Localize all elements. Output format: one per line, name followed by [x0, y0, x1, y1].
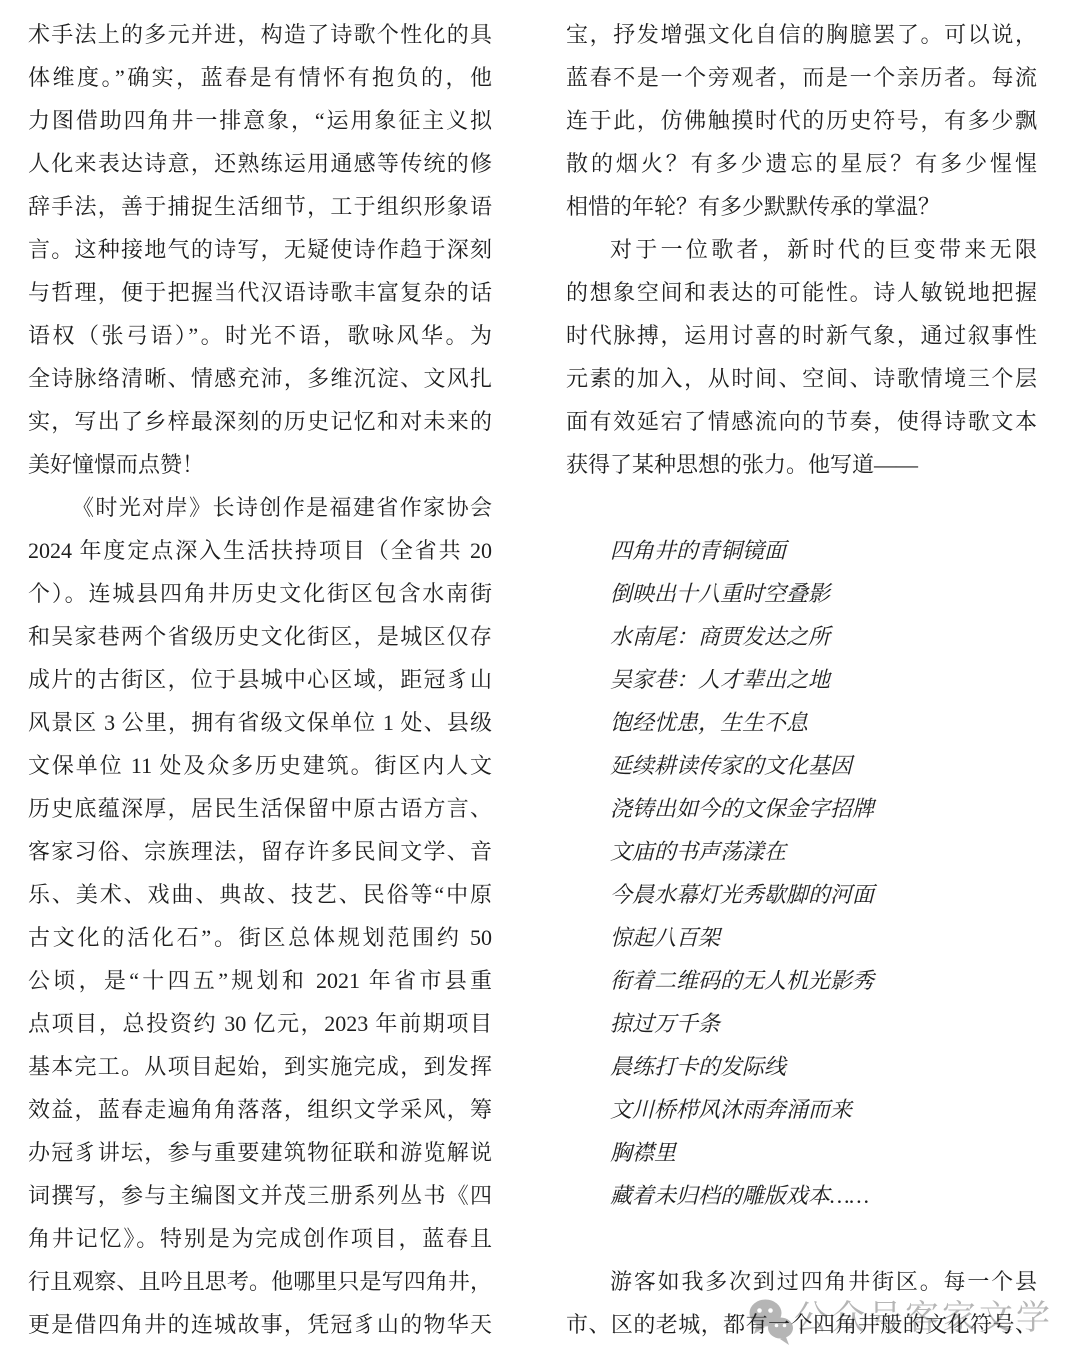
poem-line: 掠过万千条	[566, 1002, 1037, 1045]
blank-line	[566, 1217, 1037, 1260]
poem-line: 倒映出十八重时空叠影	[566, 572, 1037, 615]
text-line: 和吴家巷两个省级历史文化街区，是城区仅存	[28, 615, 492, 658]
text-line: 游客如我多次到过四角井街区。每一个县	[566, 1260, 1037, 1303]
text-line: 更是借四角井的连城故事，凭冠豸山的物华天	[28, 1303, 492, 1346]
text-line: 成片的古街区，位于县城中心区域，距冠豸山	[28, 658, 492, 701]
text-line: 术手法上的多元并进，构造了诗歌个性化的具	[28, 13, 492, 56]
text-line: 体维度。”确实，蓝春是有情怀有抱负的，他	[28, 56, 492, 99]
left-text-column: 术手法上的多元并进，构造了诗歌个性化的具体维度。”确实，蓝春是有情怀有抱负的，他…	[28, 13, 492, 1346]
text-line: 角井记忆》。特别是为完成创作项目，蓝春且	[28, 1217, 492, 1260]
text-line: 蓝春不是一个旁观者，而是一个亲历者。每流	[566, 56, 1037, 99]
text-line: 市、区的老城，都有一个四角井般的文化符号、	[566, 1303, 1037, 1346]
text-line: 效益，蓝春走遍角角落落，组织文学采风，筹	[28, 1088, 492, 1131]
text-line: 全诗脉络清晰、情感充沛，多维沉淀、文风扎	[28, 357, 492, 400]
text-line: 宝，抒发增强文化自信的胸臆罢了。可以说，	[566, 13, 1037, 56]
poem-line: 惊起八百架	[566, 916, 1037, 959]
poem-line: 饱经忧患，生生不息	[566, 701, 1037, 744]
text-line: 《时光对岸》长诗创作是福建省作家协会	[28, 486, 492, 529]
text-line: 辞手法，善于捕捉生活细节，工于组织形象语	[28, 185, 492, 228]
poem-line: 衔着二维码的无人机光影秀	[566, 959, 1037, 1002]
text-line: 行且观察、且吟且思考。他哪里只是写四角井，	[28, 1260, 492, 1303]
text-line: 个）。连城县四角井历史文化街区包含水南街	[28, 572, 492, 615]
poem-line: 水南尾：商贾发达之所	[566, 615, 1037, 658]
right-text-column: 宝，抒发增强文化自信的胸臆罢了。可以说，蓝春不是一个旁观者，而是一个亲历者。每流…	[566, 13, 1037, 1346]
text-line: 2024 年度定点深入生活扶持项目（全省共 20	[28, 529, 492, 572]
text-line: 散的烟火？有多少遗忘的星辰？有多少惺惺	[566, 142, 1037, 185]
poem-line: 延续耕读传家的文化基因	[566, 744, 1037, 787]
poem-line: 藏着未归档的雕版戏本……	[566, 1174, 1037, 1217]
text-line: 元素的加入，从时间、空间、诗歌情境三个层	[566, 357, 1037, 400]
text-line: 对于一位歌者，新时代的巨变带来无限	[566, 228, 1037, 271]
text-line: 人化来表达诗意，还熟练运用通感等传统的修	[28, 142, 492, 185]
poem-line: 胸襟里	[566, 1131, 1037, 1174]
text-line: 乐、美术、戏曲、典故、技艺、民俗等“中原	[28, 873, 492, 916]
poem-line: 四角井的青铜镜面	[566, 529, 1037, 572]
blank-line	[566, 486, 1037, 529]
text-line: 风景区 3 公里，拥有省级文保单位 1 处、县级	[28, 701, 492, 744]
text-line: 的想象空间和表达的可能性。诗人敏锐地把握	[566, 271, 1037, 314]
poem-line: 浇铸出如今的文保金字招牌	[566, 787, 1037, 830]
text-line: 点项目，总投资约 30 亿元，2023 年前期项目	[28, 1002, 492, 1045]
poem-line: 晨练打卡的发际线	[566, 1045, 1037, 1088]
text-line: 与哲理，便于把握当代汉语诗歌丰富复杂的话	[28, 271, 492, 314]
text-line: 文保单位 11 处及众多历史建筑。街区内人文	[28, 744, 492, 787]
text-line: 基本完工。从项目起始，到实施完成，到发挥	[28, 1045, 492, 1088]
poem-line: 今晨水幕灯光秀歇脚的河面	[566, 873, 1037, 916]
text-line: 言。这种接地气的诗写，无疑使诗作趋于深刻	[28, 228, 492, 271]
text-line: 力图借助四角井一排意象，“运用象征主义拟	[28, 99, 492, 142]
text-line: 办冠豸讲坛，参与重要建筑物征联和游览解说	[28, 1131, 492, 1174]
text-line: 面有效延宕了情感流向的节奏，使得诗歌文本	[566, 400, 1037, 443]
text-line: 美好憧憬而点赞！	[28, 443, 492, 486]
text-line: 相惜的年轮？有多少默默传承的掌温？	[566, 185, 1037, 228]
text-line: 古文化的活化石”。街区总体规划范围约 50	[28, 916, 492, 959]
text-line: 历史底蕴深厚，居民生活保留中原古语方言、	[28, 787, 492, 830]
text-line: 时代脉搏，运用讨喜的时新气象，通过叙事性	[566, 314, 1037, 357]
text-line: 词撰写，参与主编图文并茂三册系列丛书《四	[28, 1174, 492, 1217]
poem-line: 文庙的书声荡漾在	[566, 830, 1037, 873]
poem-line: 吴家巷：人才辈出之地	[566, 658, 1037, 701]
text-line: 客家习俗、宗族理法，留存许多民间文学、音	[28, 830, 492, 873]
text-line: 公顷，是“十四五”规划和 2021 年省市县重	[28, 959, 492, 1002]
text-line: 连于此，仿佛触摸时代的历史符号，有多少飘	[566, 99, 1037, 142]
text-line: 语权（张弓语）”。时光不语，歌咏风华。为	[28, 314, 492, 357]
document-page: 公众号客家文学 术手法上的多元并进，构造了诗歌个性化的具体维度。”确实，蓝春是有…	[0, 0, 1080, 1372]
text-line: 实，写出了乡梓最深刻的历史记忆和对未来的	[28, 400, 492, 443]
text-line: 获得了某种思想的张力。他写道——	[566, 443, 1037, 486]
poem-line: 文川桥栉风沐雨奔涌而来	[566, 1088, 1037, 1131]
